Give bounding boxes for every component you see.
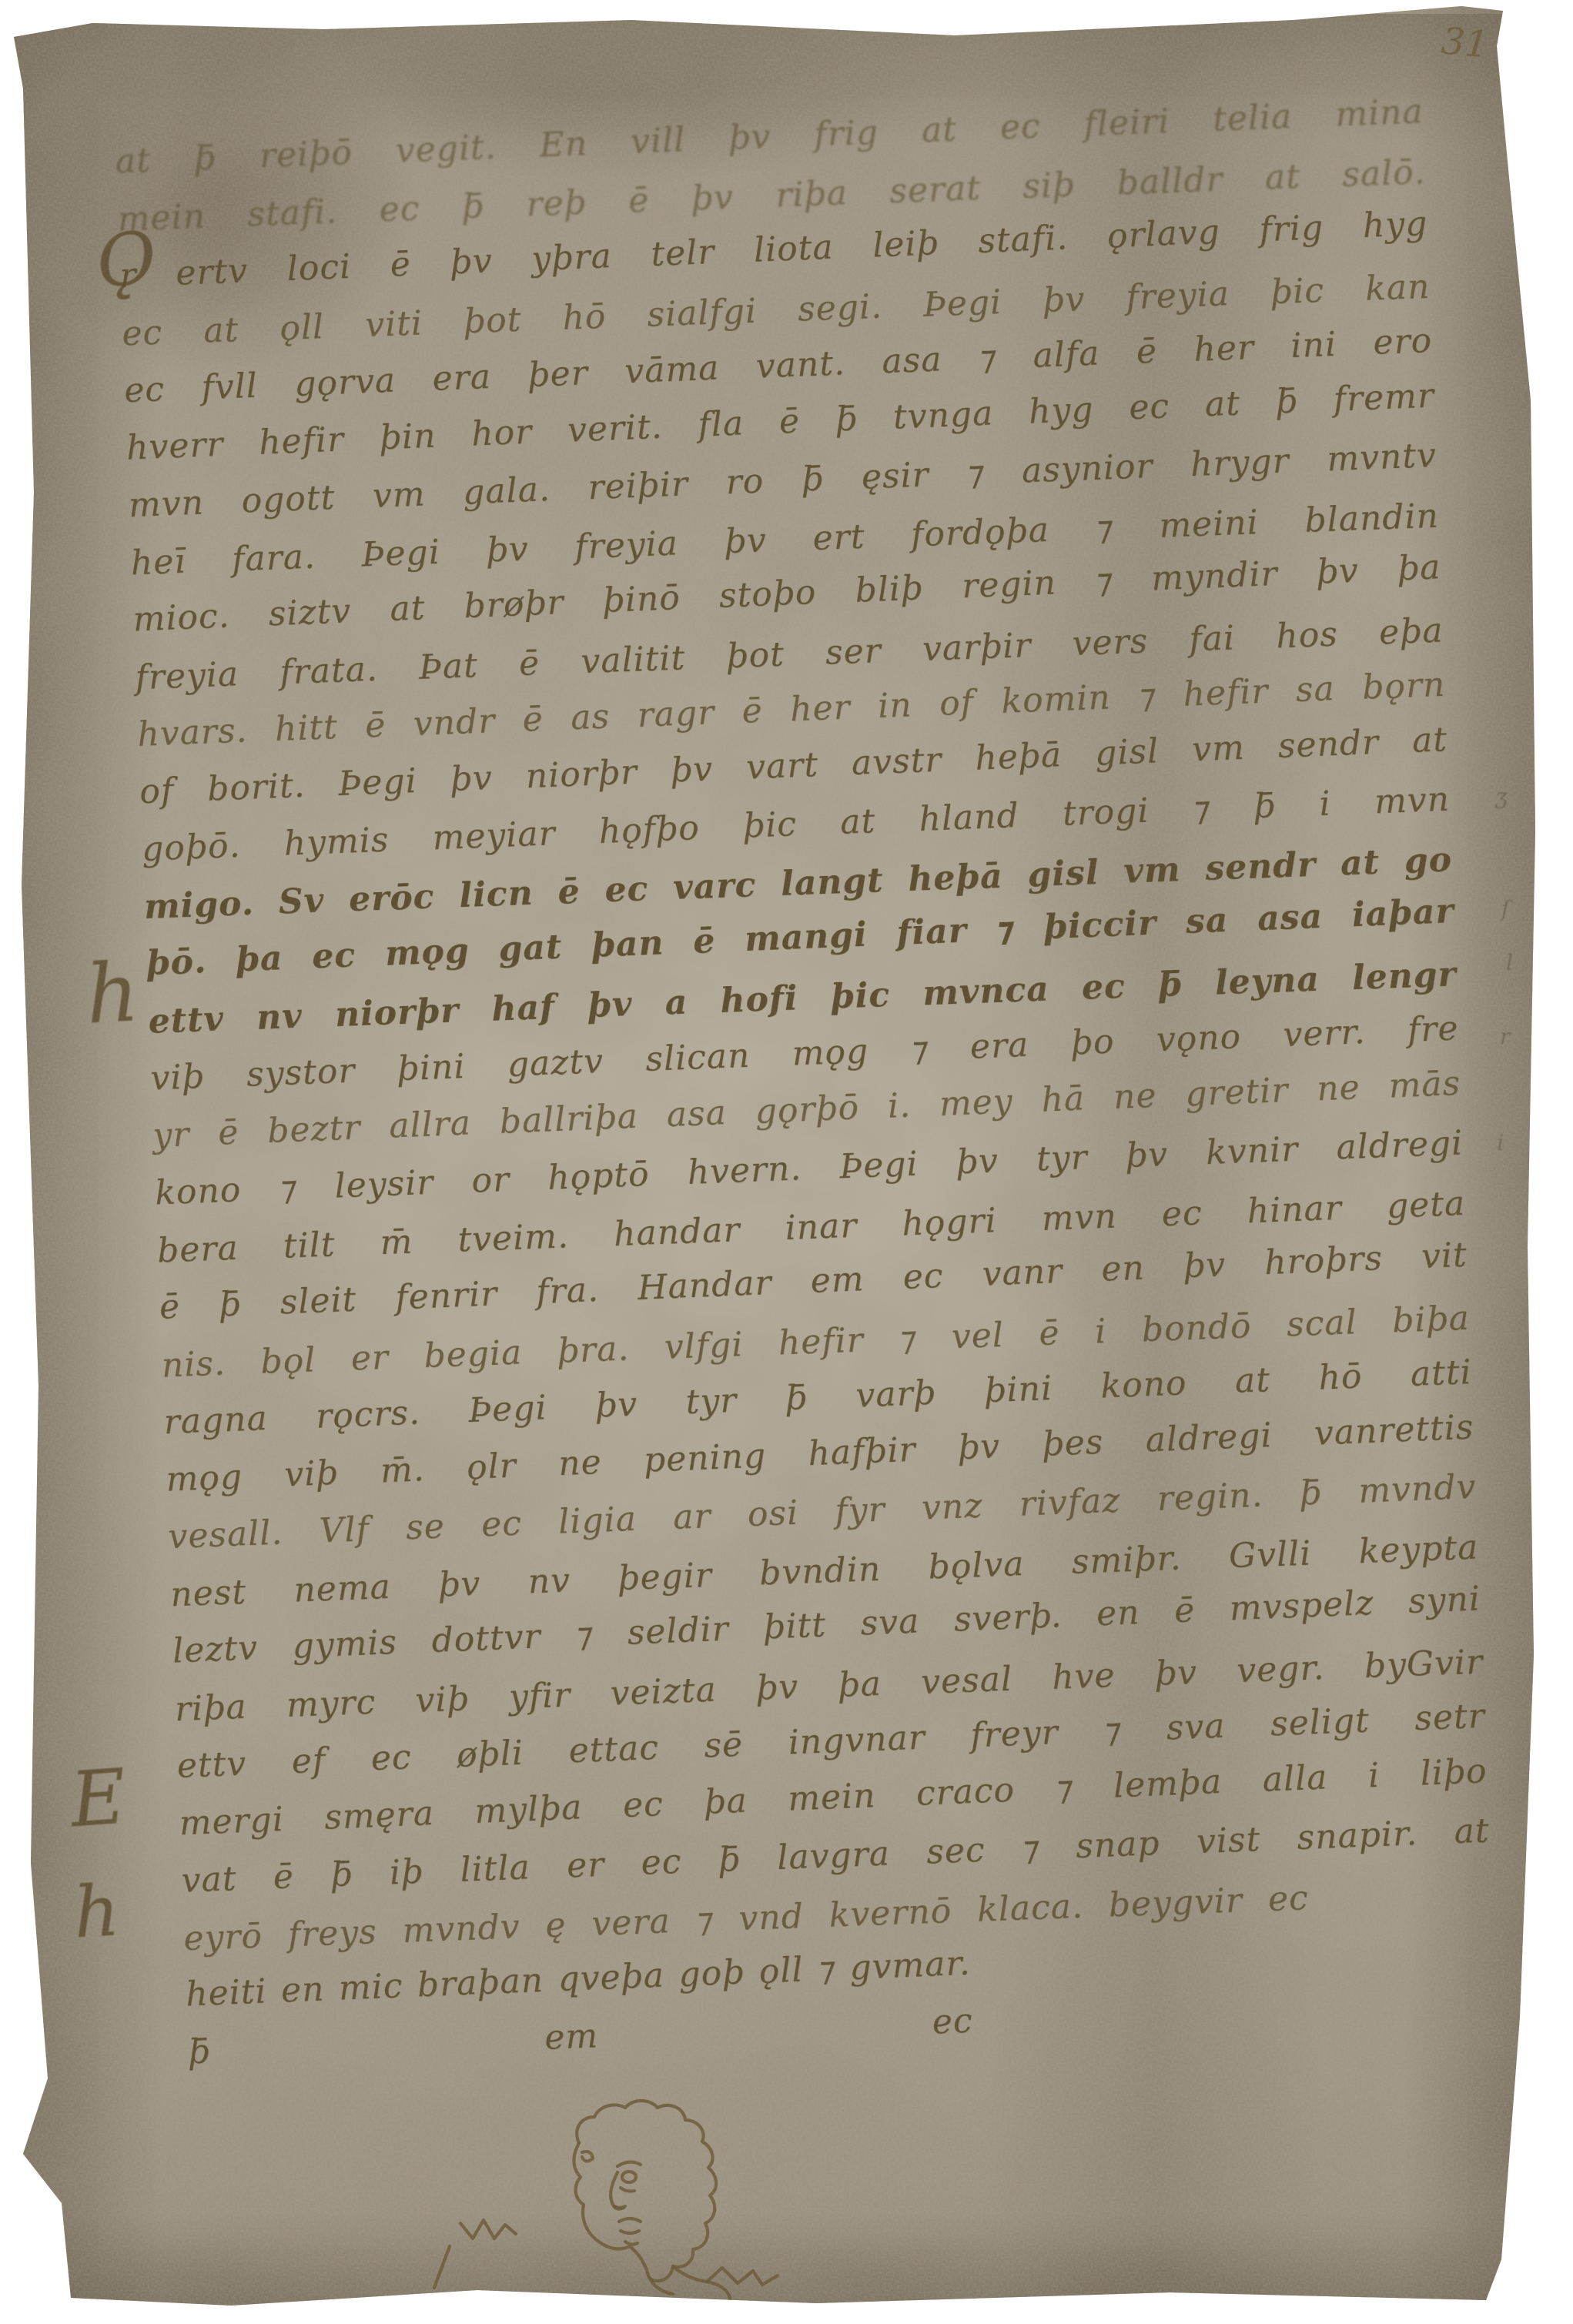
margin-mark: r: [1500, 1024, 1510, 1049]
margin-mark: i: [1497, 1130, 1504, 1155]
eye-and-brow: [617, 2162, 641, 2191]
marginal-initial-e: E: [69, 1760, 129, 1839]
hair-outline: [577, 2101, 716, 2281]
manuscript-photo: 31 at þ̄ reiþō vegit. En vill þv frig at…: [0, 0, 1573, 2324]
marginal-initial-h2: h: [72, 1876, 122, 1949]
neck-and-collar: [648, 2266, 778, 2309]
parchment-leaf: 31 at þ̄ reiþō vegit. En vill þv frig at…: [0, 0, 1573, 2324]
folio-number: 31: [1440, 19, 1491, 66]
text-block: at þ̄ reiþō vegit. En vill þv frig at ec…: [114, 83, 1494, 2025]
marginal-initial-h1: h: [84, 951, 141, 1035]
margin-mark: ſ: [1501, 896, 1509, 921]
margin-mark: l: [1506, 950, 1513, 975]
margin-mark: ʒ: [1495, 784, 1508, 809]
pen-scribble: [434, 2220, 516, 2288]
marginal-initial-o: Ǫ: [94, 222, 159, 299]
head-sketch-drawing: [416, 2094, 847, 2324]
